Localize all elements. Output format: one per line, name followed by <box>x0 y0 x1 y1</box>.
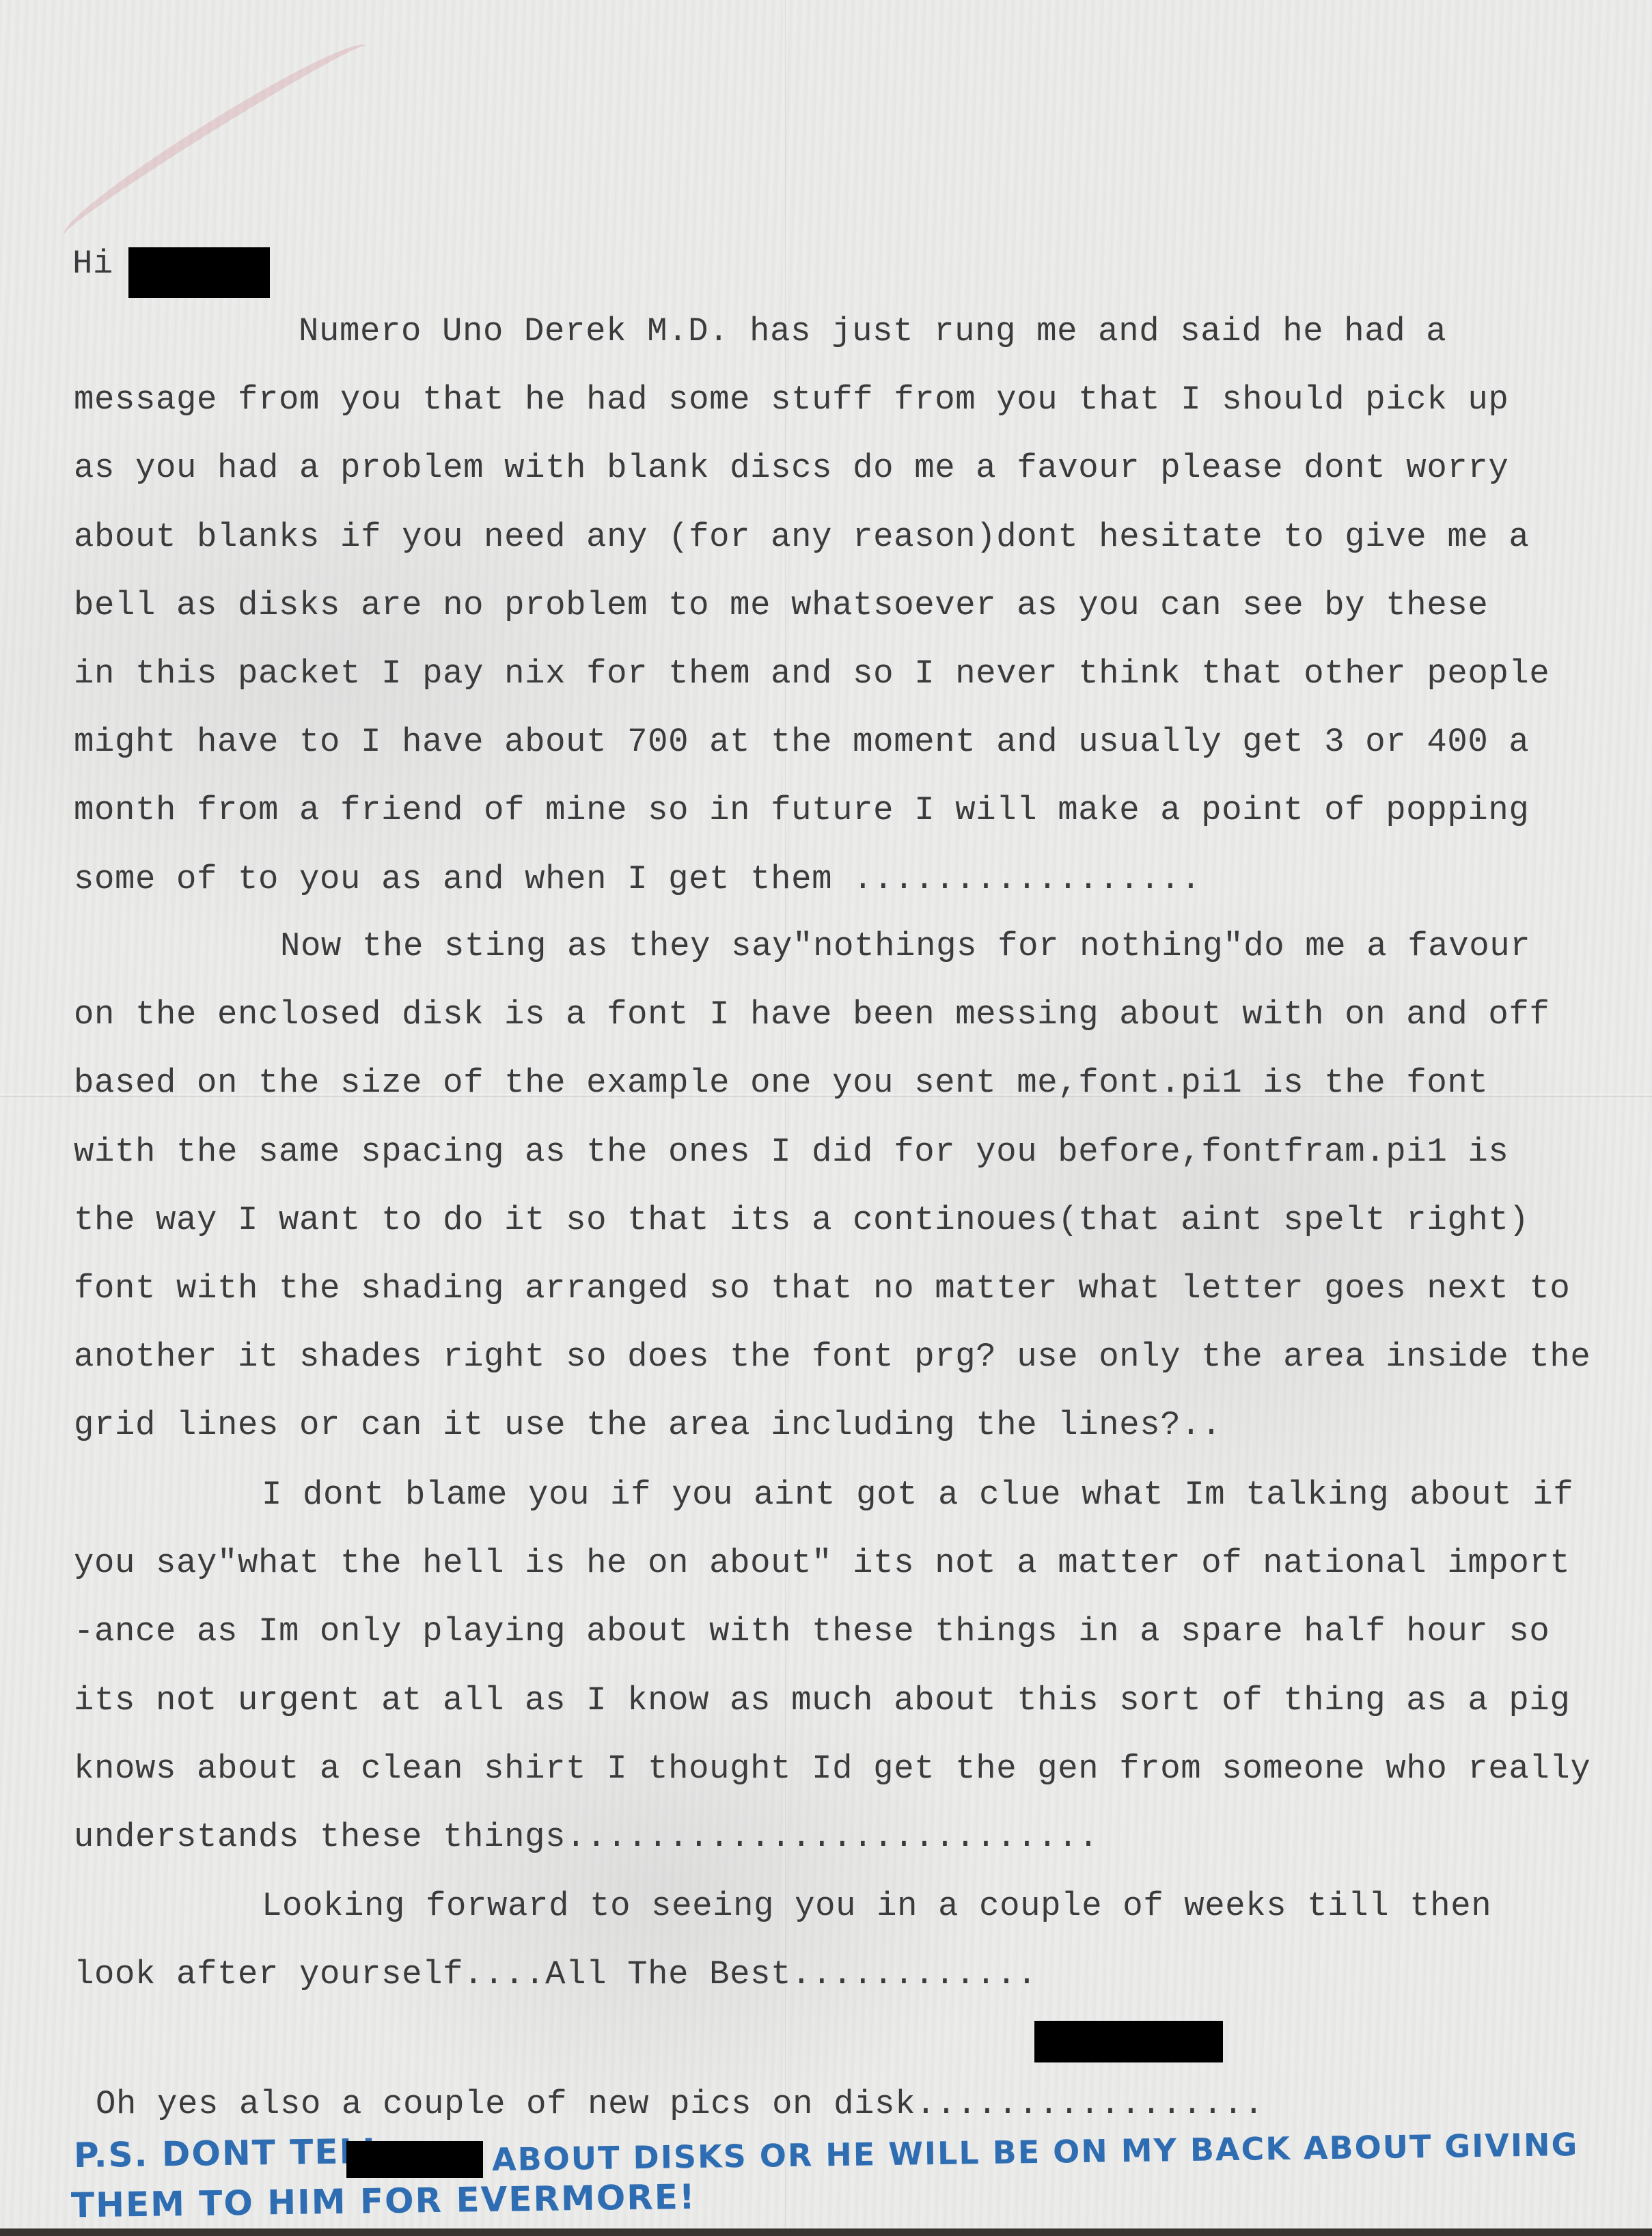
letter-line: the way I want to do it so that its a co… <box>74 1200 1529 1241</box>
redacted-signature <box>1034 2021 1223 2062</box>
typed-postscript: Oh yes also a couple of new pics on disk… <box>96 2084 1264 2125</box>
letter-line: month from a friend of mine so in future… <box>74 790 1529 831</box>
letter-line: you say"what the hell is he on about" it… <box>74 1543 1570 1584</box>
scan-bottom-edge <box>0 2228 1652 2236</box>
letter-line: grid lines or can it use the area includ… <box>74 1405 1222 1446</box>
letter-paper: Hi Numero Uno Derek M.D. has just rung m… <box>0 0 1652 2228</box>
letter-line: look after yourself....All The Best.....… <box>74 1954 1037 1995</box>
redacted-recipient-name <box>128 247 270 298</box>
letter-line: in this packet I pay nix for them and so… <box>74 653 1550 694</box>
red-ink-smudge <box>55 30 376 249</box>
letter-line: its not urgent at all as I know as much … <box>74 1680 1570 1721</box>
letter-line: about blanks if you need any (for any re… <box>74 516 1529 557</box>
letter-line: another it shades right so does the font… <box>74 1336 1591 1377</box>
letter-line: Now the sting as they say"nothings for n… <box>280 926 1530 967</box>
letter-line: with the same spacing as the ones I did … <box>74 1131 1509 1172</box>
letter-line: -ance as Im only playing about with thes… <box>74 1611 1550 1652</box>
letter-line: based on the size of the example one you… <box>74 1062 1488 1103</box>
letter-line: Looking forward to seeing you in a coupl… <box>262 1886 1491 1927</box>
handwritten-ps-line1-end: ABOUT DISKS OR HE WILL BE ON MY BACK ABO… <box>492 2124 1579 2180</box>
letter-line: bell as disks are no problem to me whats… <box>74 585 1488 626</box>
redacted-third-party-name <box>346 2141 483 2178</box>
letter-line: some of to you as and when I get them ..… <box>74 859 1201 900</box>
handwritten-ps-line2: THEM TO HIM FOR EVERMORE! <box>71 2177 696 2226</box>
letter-line: Numero Uno Derek M.D. has just rung me a… <box>299 311 1446 352</box>
letter-line: font with the shading arranged so that n… <box>74 1268 1570 1309</box>
letter-line: message from you that he had some stuff … <box>74 379 1509 420</box>
letter-line: on the enclosed disk is a font I have be… <box>74 994 1550 1035</box>
letter-line: as you had a problem with blank discs do… <box>74 447 1509 488</box>
letter-line: knows about a clean shirt I thought Id g… <box>74 1748 1591 1789</box>
letter-line: I dont blame you if you aint got a clue … <box>262 1474 1573 1515</box>
letter-line: understands these things................… <box>74 1817 1099 1858</box>
handwritten-ps-line1-start: P.S. DONT TELL <box>74 2131 386 2176</box>
letter-line: might have to I have about 700 at the mo… <box>74 721 1529 762</box>
greeting: Hi <box>72 243 113 284</box>
